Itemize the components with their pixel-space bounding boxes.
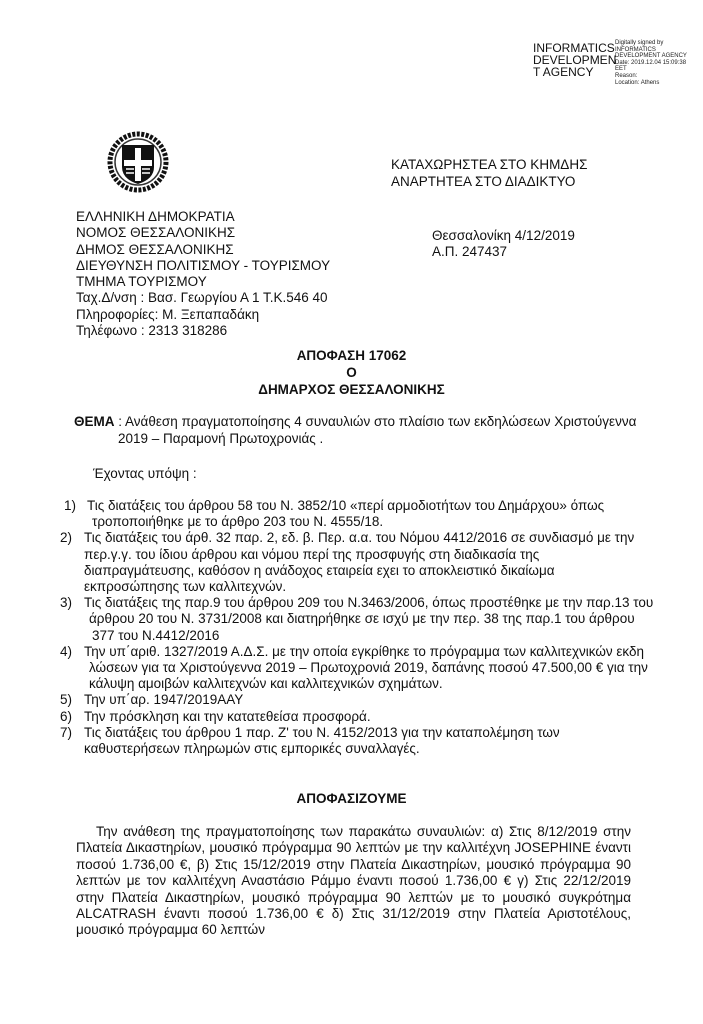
list-number: 3) xyxy=(60,595,72,611)
signature-meta-line: Reason: xyxy=(615,73,687,80)
having-regard: Έχοντας υπόψη : xyxy=(93,466,197,481)
registration-line: ΑΝΑΡΤΗΤΕΑ ΣΤΟ ΔΙΑΔΙΚΤΥΟ xyxy=(391,173,587,190)
list-number: 2) xyxy=(60,530,72,546)
list-number: 1) xyxy=(64,498,76,514)
list-line: Τις διατάξεις του άρθρου 58 του Ν. 3852/… xyxy=(84,498,680,514)
list-line: Τις διατάξεις της παρ.9 του άρθρου 209 τ… xyxy=(84,595,680,611)
signature-meta-line: Digitally signed by xyxy=(615,40,687,47)
date-and-protocol: Θεσσαλονίκη 4/12/2019 Α.Π. 247437 xyxy=(432,228,575,261)
signature-meta-line: Location: Athens xyxy=(615,80,687,87)
subject-text: Ανάθεση πραγματοποίησης 4 συναυλιών στο … xyxy=(125,414,636,429)
header-line: ΝΟΜΟΣ ΘΕΣΣΑΛΟΝΙΚΗΣ xyxy=(76,225,330,241)
list-item: 7) Τις διατάξεις του άρθρου 1 παρ. Ζ' το… xyxy=(60,725,680,757)
decision-article: Ο xyxy=(0,364,703,381)
list-item: 5) Την υπ΄αρ. 1947/2019ΑΑΥ xyxy=(60,692,680,708)
signature-meta-line: DEVELOPMENT AGENCY xyxy=(615,53,687,60)
signature-meta-line: EET xyxy=(615,66,687,73)
signature-meta-line: Date: 2019.12.04 15:09:38 xyxy=(615,60,687,67)
list-line: Την υπ΄αρ. 1947/2019ΑΑΥ xyxy=(84,692,680,708)
subject-text: 2019 – Παραμονή Πρωτοχρονιάς . xyxy=(74,430,636,447)
list-line: 377 του Ν.4412/2016 xyxy=(84,628,680,644)
list-item: 4) Την υπ΄αριθ. 1327/2019 Α.Δ.Σ. με την … xyxy=(60,644,680,693)
list-line: κάλυψη αμοιβών καλλιτεχνών και καλλιτεχν… xyxy=(84,676,680,692)
list-line: άρθρου 20 του Ν. 3731/2008 και διατηρήθη… xyxy=(84,611,680,627)
decision-body: Την ανάθεση της πραγματοποίησης των παρα… xyxy=(76,824,631,939)
decision-number: ΑΠΟΦΑΣΗ 17062 xyxy=(0,347,703,364)
list-line: εκπροσώπησης των καλλιτεχνών. xyxy=(84,579,680,595)
header-line: ΤΜΗΜΑ ΤΟΥΡΙΣΜΟΥ xyxy=(76,274,330,290)
greek-coat-of-arms-icon xyxy=(107,131,169,193)
subject: ΘΕΜΑ : Ανάθεση πραγματοποίησης 4 συναυλι… xyxy=(74,413,636,447)
decision-mayor: ΔΗΜΑΡΧΟΣ ΘΕΣΣΑΛΟΝΙΚΗΣ xyxy=(0,381,703,398)
list-number: 5) xyxy=(60,692,72,708)
list-line: διαπραγμάτευσης, καθόσον η ανάδοχος εται… xyxy=(84,563,680,579)
list-line: Τις διατάξεις του άρθρου 1 παρ. Ζ' του Ν… xyxy=(84,725,680,741)
list-number: 7) xyxy=(60,725,72,741)
list-line: περ.γ.γ. του ίδιου άρθρου και νόμου περί… xyxy=(84,547,680,563)
list-number: 4) xyxy=(60,644,72,660)
list-line: τροποποιήθηκε με το άρθρο 203 του Ν. 455… xyxy=(84,514,680,530)
header-line: ΔΙΕΥΘΥΝΣΗ ΠΟΛΙΤΙΣΜΟΥ - ΤΟΥΡΙΣΜΟΥ xyxy=(76,258,330,274)
list-item: 2) Τις διατάξεις του άρθ. 32 παρ. 2, εδ.… xyxy=(60,530,680,595)
list-item: 3) Τις διατάξεις της παρ.9 του άρθρου 20… xyxy=(60,595,680,644)
list-number: 6) xyxy=(60,709,72,725)
list-line: καθυστερήσεων πληρωμών στις εμπορικές συ… xyxy=(84,741,680,757)
signature-org-line: T AGENCY xyxy=(533,66,616,78)
list-item: 1) Τις διατάξεις του άρθρου 58 του Ν. 38… xyxy=(60,498,680,530)
signature-meta-line: INFORMATICS xyxy=(615,47,687,54)
issuing-authority: ΕΛΛΗΝΙΚΗ ΔΗΜΟΚΡΑΤΙΑ ΝΟΜΟΣ ΘΕΣΣΑΛΟΝΙΚΗΣ Δ… xyxy=(76,209,330,339)
list-line: Την υπ΄αριθ. 1327/2019 Α.Δ.Σ. με την οπο… xyxy=(84,644,680,660)
header-line: Τηλέφωνο : 2313 318286 xyxy=(76,323,330,339)
list-item: 6) Την πρόσκληση και την κατατεθείσα προ… xyxy=(60,709,680,725)
header-line: ΕΛΛΗΝΙΚΗ ΔΗΜΟΚΡΑΤΙΑ xyxy=(76,209,330,225)
we-decide-heading: ΑΠΟΦΑΣΙΖΟΥΜΕ xyxy=(0,790,703,807)
registration-notice: ΚΑΤΑΧΩΡΗΣΤΕΑ ΣΤΟ ΚΗΜΔΗΣ ΑΝΑΡΤΗΤΕΑ ΣΤΟ ΔΙ… xyxy=(391,156,587,190)
signature-organization: INFORMATICS DEVELOPMEN T AGENCY xyxy=(533,42,616,78)
list-line: Τις διατάξεις του άρθ. 32 παρ. 2, εδ. β.… xyxy=(84,530,680,546)
subject-label: ΘΕΜΑ xyxy=(74,414,115,429)
list-line: Την πρόσκληση και την κατατεθείσα προσφο… xyxy=(84,709,680,725)
list-line: λώσεων για τα Χριστούγεννα 2019 – Πρωτοχ… xyxy=(84,660,680,676)
header-line: Ταχ.Δ/νση : Βασ. Γεωργίου Α 1 Τ.Κ.546 40 xyxy=(76,290,330,306)
place-date: Θεσσαλονίκη 4/12/2019 xyxy=(432,228,575,244)
considerations-list: 1) Τις διατάξεις του άρθρου 58 του Ν. 38… xyxy=(60,498,680,757)
protocol-number: Α.Π. 247437 xyxy=(432,244,575,260)
header-line: ΔΗΜΟΣ ΘΕΣΣΑΛΟΝΙΚΗΣ xyxy=(76,242,330,258)
registration-line: ΚΑΤΑΧΩΡΗΣΤΕΑ ΣΤΟ ΚΗΜΔΗΣ xyxy=(391,156,587,173)
header-line: Πληροφορίες: Μ. Ξεπαπαδάκη xyxy=(76,307,330,323)
subject-separator: : xyxy=(115,414,126,429)
signature-details: Digitally signed by INFORMATICS DEVELOPM… xyxy=(615,40,687,86)
